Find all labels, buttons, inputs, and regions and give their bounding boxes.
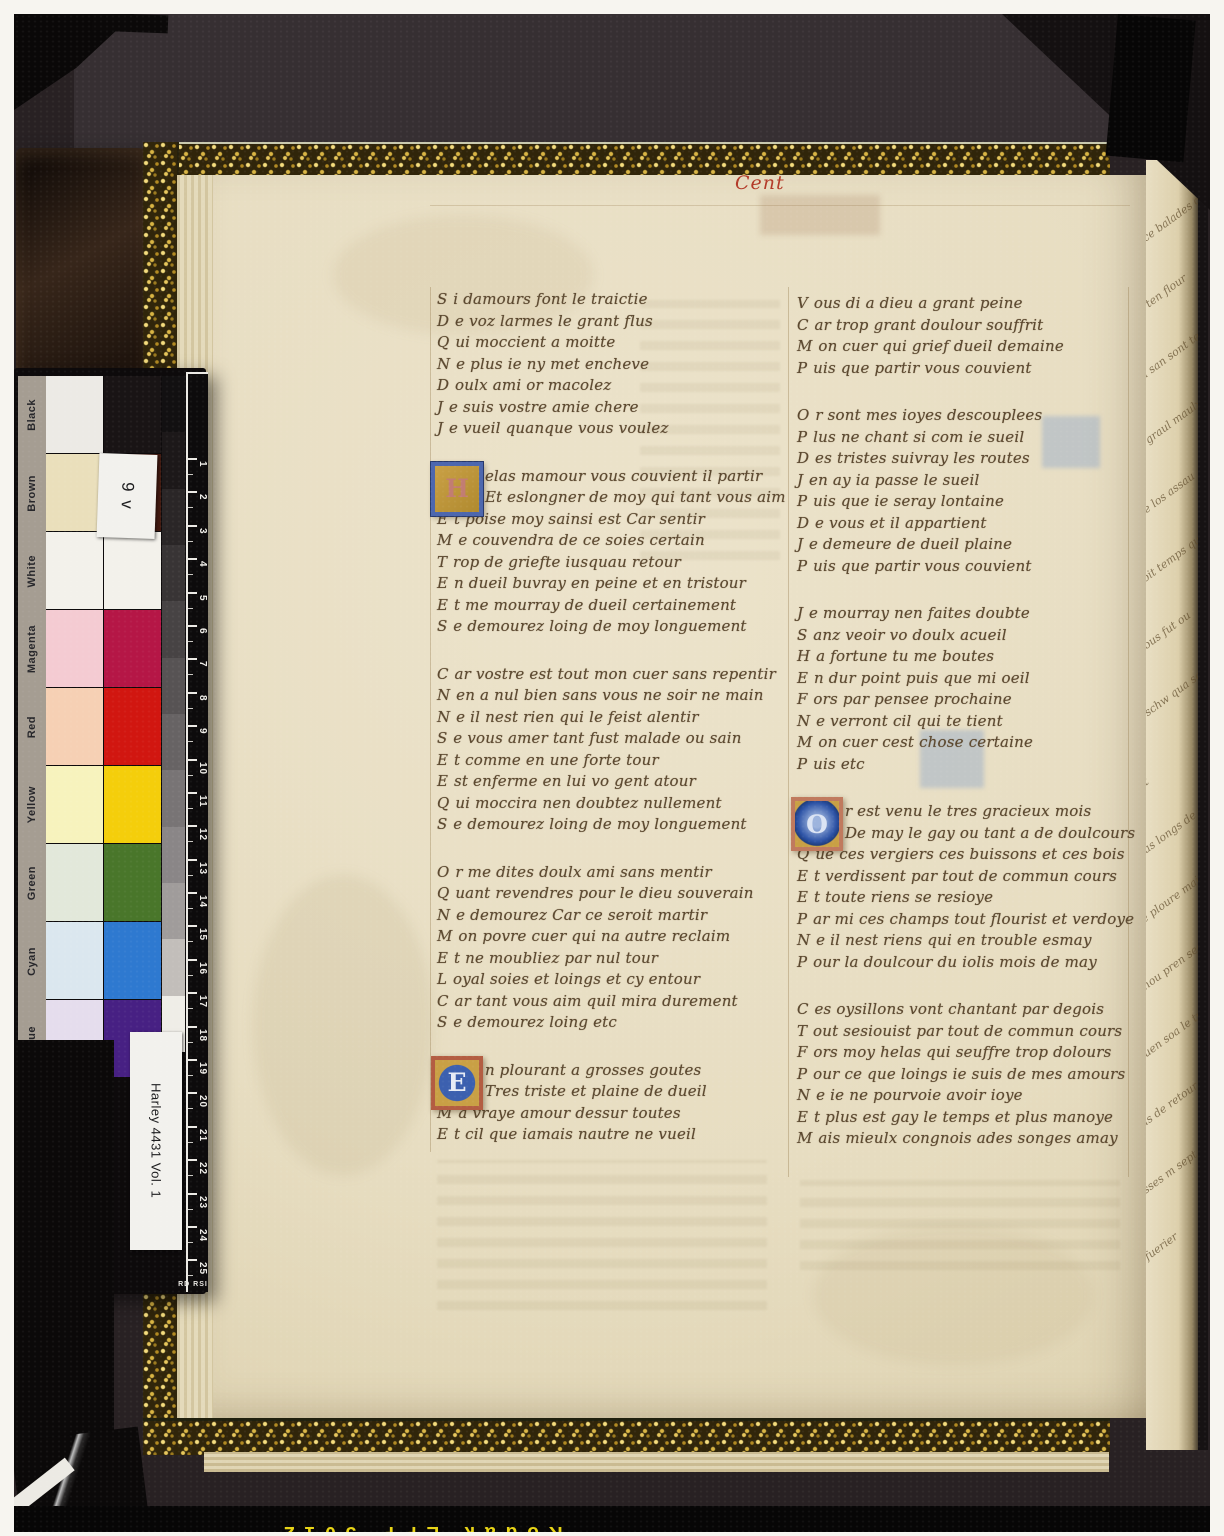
ruler-number: 23 xyxy=(197,1196,208,1209)
manuscript-line: Fors par pensee prochaine xyxy=(797,689,1147,711)
facing-page-text-fragment: has longs de mo xyxy=(1146,785,1208,860)
facing-page-edge: yce balades du wa ten flourla san sont t… xyxy=(1146,160,1208,1450)
manuscript-line: Ne verront cil qui te tient xyxy=(797,711,1147,733)
cloth-strap-top-right xyxy=(1106,14,1196,162)
ruler-number: 18 xyxy=(197,1029,208,1042)
manuscript-line: Car vostre est tout mon cuer sans repent… xyxy=(437,664,789,686)
color-bar-label-cell: White xyxy=(18,532,46,610)
facing-page-text-fragment: chou pren sean xyxy=(1146,921,1208,996)
manuscript-line: De vous et il appartient xyxy=(797,513,1147,535)
manuscript-line: Ne demourez Car ce seroit martir xyxy=(437,905,789,927)
manuscript-line: Mon cuer qui grief dueil demaine xyxy=(797,336,1147,358)
facing-page-text-fragment: esses m sept xyxy=(1146,1125,1208,1200)
ruler-cm-cell: 8 xyxy=(188,692,208,725)
color-bar-label: White xyxy=(26,555,38,587)
manuscript-line: Si damours font le traictie xyxy=(437,289,789,311)
film-edge-text: Kodak EPP 5012 xyxy=(274,1521,563,1532)
ruler-number: 7 xyxy=(197,661,208,668)
manuscript-line: Tres triste et plaine de dueil xyxy=(437,1081,789,1103)
facing-page-text-fragment: la san sont te xyxy=(1146,309,1208,384)
manuscript-line: Pour la doulcour du iolis mois de may xyxy=(797,952,1147,974)
ruler-number: 1 xyxy=(197,461,208,468)
ruler-cm-cell: 6 xyxy=(188,625,208,658)
manuscript-line: Quant revendres pour le dieu souverain xyxy=(437,883,789,905)
manuscript-line: Se demourez loing de moy longuement xyxy=(437,814,789,836)
ruler-number: 19 xyxy=(197,1062,208,1075)
cloth-left-lower xyxy=(14,1040,114,1470)
ruler-number: 11 xyxy=(197,795,208,808)
color-bar-label-cell: Brown xyxy=(18,454,46,532)
manuscript-line: Ma vraye amour dessur toutes xyxy=(437,1103,789,1125)
manuscript-line: Et eslongner de moy qui tant vous aim xyxy=(437,487,789,509)
manuscript-stanza: Je mourray nen faites doubteSanz veoir v… xyxy=(797,603,1147,775)
ruler-cm-cell: 21 xyxy=(188,1126,208,1159)
illuminated-initial: O xyxy=(791,797,843,851)
ruler-cm-cell: 24 xyxy=(188,1226,208,1259)
color-bar-tint-patch xyxy=(46,532,103,609)
manuscript-line: Mon cuer cest chose certaine xyxy=(797,732,1147,754)
manuscript-line: Vous di a dieu a grant peine xyxy=(797,293,1147,315)
manuscript-line: Tout sesiouist par tout de commun cours xyxy=(797,1021,1147,1043)
ruler-cm-cell: 22 xyxy=(188,1159,208,1192)
ruler-cm-cell: 18 xyxy=(188,1026,208,1059)
manuscript-line: Et poise moy sainsi est Car sentir xyxy=(437,509,789,531)
manuscript-line: Je demeure de dueil plaine xyxy=(797,534,1147,556)
manuscript-line: Je mourray nen faites doubte xyxy=(797,603,1147,625)
ruler-cm-cell: 17 xyxy=(188,992,208,1025)
book-cover-board xyxy=(16,148,148,376)
manuscript-stanza: Car vostre est tout mon cuer sans repent… xyxy=(437,664,789,836)
ruler-number: 14 xyxy=(197,895,208,908)
manuscript-line: r est venu le tres gracieux mois xyxy=(797,801,1147,823)
ruler-number: 9 xyxy=(197,728,208,735)
ruler-number: 20 xyxy=(197,1095,208,1108)
grayscale-step xyxy=(162,714,185,770)
grayscale-step xyxy=(162,376,185,432)
manuscript-line: Et cil que iamais nautre ne vueil xyxy=(437,1124,789,1146)
grayscale-step xyxy=(162,939,185,995)
color-bar-color-patch xyxy=(104,610,161,687)
ruler-number: 17 xyxy=(197,995,208,1008)
manuscript-line: Puis que partir vous couvient xyxy=(797,358,1147,380)
manuscript-line: Trop de griefte iusquau retour xyxy=(437,552,789,574)
ruler-cm-cell: 3 xyxy=(188,525,208,558)
facing-page-text-fragment: uis de retour xyxy=(1146,1057,1208,1132)
ruler-footer-label: RD RSI xyxy=(176,1281,210,1288)
color-bar-label: Green xyxy=(26,866,38,900)
facing-page-text-fragment: te ploure mai xyxy=(1146,853,1208,928)
manuscript-line: Et me mourray de dueil certainement xyxy=(437,595,789,617)
color-bar-tint-patch xyxy=(46,688,103,765)
color-bar-tint-patch xyxy=(46,844,103,921)
color-bar-color-patch xyxy=(104,766,161,843)
manuscript-line: Puis que ie seray lontaine xyxy=(797,491,1147,513)
ruler-number: 24 xyxy=(197,1229,208,1242)
manuscript-line: Doulx ami or macolez xyxy=(437,375,789,397)
color-bar-label: Brown xyxy=(26,475,38,512)
facing-page-text-fragment: a ten flour xyxy=(1146,241,1208,316)
facing-page-text-fragment: r schw qua ses xyxy=(1146,649,1208,724)
manuscript-stanza: Vous di a dieu a grant peineCar trop gra… xyxy=(797,293,1147,379)
manuscript-line: Sanz veoir vo doulx acueil xyxy=(797,625,1147,647)
color-bar-label-cell: Green xyxy=(18,844,46,922)
ruler-cm-cell: 5 xyxy=(188,592,208,625)
manuscript-line: Pour ce que loings ie suis de mes amours xyxy=(797,1064,1147,1086)
manuscript-line: Qui moccira nen doubtez nullement xyxy=(437,793,789,815)
show-through-text xyxy=(800,1180,1120,1270)
color-bar-label-cell: Magenta xyxy=(18,610,46,688)
manuscript-line: Et plus est gay le temps et plus manoye xyxy=(797,1107,1147,1129)
manuscript-line: elas mamour vous couvient il partir xyxy=(437,466,789,488)
grayscale-step xyxy=(162,658,185,714)
grayscale-step xyxy=(162,883,185,939)
digitized-manuscript-photo: Cent Si damours font le traictieDe voz l… xyxy=(0,0,1224,1536)
folio-number-label: 9 v xyxy=(117,481,138,510)
ruler-number: 4 xyxy=(197,561,208,568)
facing-page-text-fragment: nuen soa le tu xyxy=(1146,989,1208,1064)
manuscript-stanza: En plourant a grosses goutesTres triste … xyxy=(437,1060,789,1146)
manuscript-line: Par mi ces champs tout flourist et verdo… xyxy=(797,909,1147,931)
facing-page-text-fragment: soit temps que xyxy=(1146,513,1208,588)
grayscale-step xyxy=(162,827,185,883)
manuscript-line: Car trop grant doulour souffrit xyxy=(797,315,1147,337)
color-bar-tint-patch xyxy=(46,376,103,453)
ruler-number: 5 xyxy=(197,595,208,602)
parchment-stain xyxy=(253,875,433,1175)
ruler-cm-cell: 23 xyxy=(188,1193,208,1226)
manuscript-line: Ne ie ne pourvoie avoir ioye xyxy=(797,1085,1147,1107)
facing-page-text-fragment: et xyxy=(1146,717,1208,792)
color-bar-label: Yellow xyxy=(26,786,38,823)
ruler-number: 6 xyxy=(197,628,208,635)
ruler-number: 8 xyxy=(197,695,208,702)
left-text-column: Si damours font le traictieDe voz larmes… xyxy=(437,289,789,1172)
manuscript-line: Puis etc xyxy=(797,754,1147,776)
manuscript-stanza: Or sont mes ioyes descoupleesPlus ne cha… xyxy=(797,405,1147,577)
manuscript-stanza: Si damours font le traictieDe voz larmes… xyxy=(437,289,789,440)
color-bar-color-patch xyxy=(104,922,161,999)
ruler-cm-cell: 19 xyxy=(188,1059,208,1092)
manuscript-line: Mon povre cuer qui na autre reclaim xyxy=(437,926,789,948)
ruler-cm-cell: 11 xyxy=(188,792,208,825)
manuscript-line: Se vous amer tant fust malade ou sain xyxy=(437,728,789,750)
manuscript-line: Des tristes suivray les routes xyxy=(797,448,1147,470)
color-bar-color-patch xyxy=(104,688,161,765)
facing-page-text-fragment: y graul maulx se xyxy=(1146,377,1208,452)
ruler-number: 10 xyxy=(197,762,208,775)
ruler-number: 15 xyxy=(197,928,208,941)
color-bar-label-cell: Yellow xyxy=(18,766,46,844)
color-bar-label: Red xyxy=(26,716,38,738)
ruler-cm-cell: 20 xyxy=(188,1092,208,1125)
manuscript-line: Que ces vergiers ces buissons et ces boi… xyxy=(797,844,1147,866)
color-bar-tint-patch xyxy=(46,922,103,999)
color-bar-tint-patches xyxy=(46,376,103,1077)
manuscript-line: Et comme en une forte tour xyxy=(437,750,789,772)
ruler-cm-cell: 12 xyxy=(188,825,208,858)
folio-sticker: 9 v xyxy=(97,453,158,539)
color-bar-label: Black xyxy=(26,399,38,431)
manuscript-line: Je suis vostre amie chere xyxy=(437,397,789,419)
manuscript-line: De voz larmes le grant flus xyxy=(437,311,789,333)
ruler-cm-cell: 9 xyxy=(188,725,208,758)
ruler-number: 21 xyxy=(197,1129,208,1142)
color-bar-color-patch xyxy=(104,844,161,921)
manuscript-stanza: Helas mamour vous couvient il partirEt e… xyxy=(437,466,789,638)
color-bar-tint-patch xyxy=(46,454,103,531)
ruler-cm-cell: 10 xyxy=(188,759,208,792)
manuscript-line: Ne il nest riens qui en trouble esmay xyxy=(797,930,1147,952)
shelfmark-label: Harley 4431 Vol. 1 xyxy=(149,1083,164,1198)
manuscript-line: Je vueil quanque vous voulez xyxy=(437,418,789,440)
manuscript-line: Jen ay ia passe le sueil xyxy=(797,470,1147,492)
color-bar-tint-patch xyxy=(46,610,103,687)
color-bar-label-cell: Red xyxy=(18,688,46,766)
manuscript-line: Est enferme en lui vo gent atour xyxy=(437,771,789,793)
manuscript-stanza: Or est venu le tres gracieux moisDe may … xyxy=(797,801,1147,973)
ruler-cm-cell: 16 xyxy=(188,959,208,992)
color-bar-label-cell: Cyan xyxy=(18,922,46,1000)
manuscript-stanza: Or me dites doulx ami sans mentirQuant r… xyxy=(437,862,789,1034)
ruler-cm-cell: 13 xyxy=(188,859,208,892)
manuscript-line: Or sont mes ioyes descouplees xyxy=(797,405,1147,427)
color-bar-color-patch xyxy=(104,532,161,609)
manuscript-line: Fors moy helas qui seuffre trop dolours xyxy=(797,1042,1147,1064)
ruler-cm-cell: 7 xyxy=(188,658,208,691)
rubric-cent: Cent xyxy=(735,172,785,194)
manuscript-line: De may le gay ou tant a de doulcours xyxy=(797,823,1147,845)
grayscale-step-wedge xyxy=(162,376,185,1052)
manuscript-line: Qui moccient a moitte xyxy=(437,332,789,354)
color-bar-label: Cyan xyxy=(26,947,38,976)
manuscript-stanza: Ces oysillons vont chantant par degoisTo… xyxy=(797,999,1147,1150)
manuscript-line: Ha fortune tu me boutes xyxy=(797,646,1147,668)
ruler-number: 3 xyxy=(197,528,208,535)
manuscript-line: Et toute riens se resioye xyxy=(797,887,1147,909)
manuscript-line: Et verdissent par tout de commun cours xyxy=(797,866,1147,888)
grayscale-step xyxy=(162,770,185,826)
color-bar-color-patch xyxy=(104,376,161,453)
ruler: 1234567891011121314151617181920212223242… xyxy=(186,372,208,1292)
manuscript-line: Ces oysillons vont chantant par degois xyxy=(797,999,1147,1021)
offset-smudge xyxy=(760,195,880,235)
ruler-cm-cell: 15 xyxy=(188,925,208,958)
color-bar-tint-patch xyxy=(46,766,103,843)
gold-border-bottom xyxy=(143,1418,1110,1455)
ruler-cm-cell: 14 xyxy=(188,892,208,925)
manuscript-line: Et ne moubliez par nul tour xyxy=(437,948,789,970)
ruler-scale: 1234567891011121314151617181920212223242… xyxy=(188,458,208,1293)
manuscript-line: Me couvendra de ce soies certain xyxy=(437,530,789,552)
manuscript-line: En dur point puis que mi oeil xyxy=(797,668,1147,690)
right-text-column: Vous di a dieu a grant peineCar trop gra… xyxy=(797,293,1147,1176)
ruler-cm-cell: 1 xyxy=(188,458,208,491)
manuscript-line: En dueil buvray en peine et en tristour xyxy=(437,573,789,595)
manuscript-line: Mais mieulx congnois ades songes amay xyxy=(797,1128,1147,1150)
ruler-number: 25 xyxy=(197,1262,208,1275)
manuscript-line: Ne il nest rien qui le feist alentir xyxy=(437,707,789,729)
grayscale-step xyxy=(162,432,185,488)
cloth-strap-top-left xyxy=(92,14,169,33)
illuminated-initial: H xyxy=(431,462,483,516)
illuminated-initial: E xyxy=(431,1056,483,1110)
shelfmark-sticker: Harley 4431 Vol. 1 xyxy=(130,1032,182,1250)
photo-area: Cent Si damours font le traictieDe voz l… xyxy=(14,14,1210,1532)
color-bar-label: Magenta xyxy=(26,625,38,673)
facing-page-text-fragment: uous fut ou xyxy=(1146,581,1208,656)
manuscript-line: Loyal soies et loings et cy entour xyxy=(437,969,789,991)
ruler-cm-cell: 2 xyxy=(188,491,208,524)
ruling-line xyxy=(430,287,431,1152)
ruler-number: 22 xyxy=(197,1162,208,1175)
ruler-number: 12 xyxy=(197,828,208,841)
color-bar-label-cell: Black xyxy=(18,376,46,454)
grayscale-step xyxy=(162,545,185,601)
manuscript-line: n plourant a grosses goutes xyxy=(437,1060,789,1082)
manuscript-line: Puis que partir vous couvient xyxy=(797,556,1147,578)
manuscript-line: Plus ne chant si com ie sueil xyxy=(797,427,1147,449)
facing-page-text-fragment: r fuerier xyxy=(1146,1193,1208,1268)
color-bar-labels: BlackBrownWhiteMagentaRedYellowGreenCyan… xyxy=(18,376,46,1078)
manuscript-line: Se demourez loing de moy longuement xyxy=(437,616,789,638)
grayscale-step xyxy=(162,601,185,657)
page-leaves-edge-bottom xyxy=(204,1452,1109,1472)
film-edge-strip: Kodak EPP 5012 xyxy=(14,1506,1210,1532)
ruler-cm-cell: 4 xyxy=(188,558,208,591)
ruler-number: 13 xyxy=(197,862,208,875)
manuscript-line: Ne plus ie ny met encheve xyxy=(437,354,789,376)
show-through-text xyxy=(437,1160,767,1310)
ruler-number: 2 xyxy=(197,494,208,501)
manuscript-line: Nen a nul bien sans vous ne soir ne main xyxy=(437,685,789,707)
facing-page-text-fragment: ne los assau xyxy=(1146,445,1208,520)
ruler-number: 16 xyxy=(197,962,208,975)
manuscript-line: Se demourez loing etc xyxy=(437,1012,789,1034)
grayscale-step xyxy=(162,489,185,545)
manuscript-line: Or me dites doulx ami sans mentir xyxy=(437,862,789,884)
manuscript-line: Car tant vous aim quil mira durement xyxy=(437,991,789,1013)
